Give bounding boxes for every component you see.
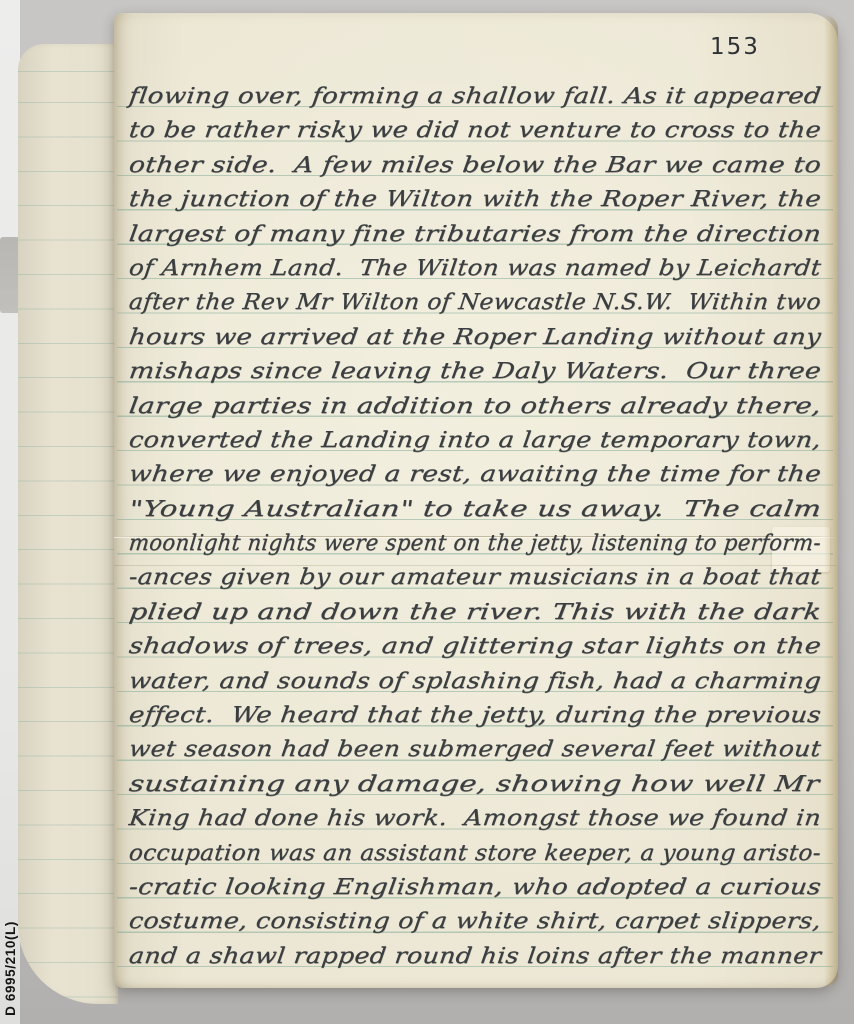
- handwritten-line: water, and sounds of splashing fish, had…: [127, 665, 823, 699]
- page-number: 153: [710, 34, 760, 60]
- handwritten-line: after the Rev Mr Wilton of Newcastle N.S…: [127, 286, 823, 320]
- scan-background-strip: [0, 0, 20, 1024]
- handwritten-line: costume, consisting of a white shirt, ca…: [127, 905, 823, 939]
- handwritten-line: largest of many fine tributaries from th…: [127, 218, 823, 252]
- handwritten-line: and a shawl rapped round his loins after…: [127, 940, 823, 974]
- previous-page-edge: [18, 44, 118, 1004]
- handwritten-line: effect. We heard that the jetty, during …: [127, 699, 823, 733]
- archive-label: D 6995/210(L): [3, 921, 18, 1016]
- handwritten-line: wet season had been submerged several fe…: [127, 733, 823, 767]
- handwritten-line: -cratic looking Englishman, who adopted …: [127, 871, 823, 905]
- notebook-page: 153 flowing over, forming a shallow fall…: [114, 13, 838, 988]
- handwritten-line: -ances given by our amateur musicians in…: [127, 561, 823, 595]
- handwritten-line: shadows of trees, and glittering star li…: [127, 630, 823, 664]
- handwritten-line: large parties in addition to others alre…: [127, 390, 824, 424]
- handwritten-line: King had done his work. Amongst those we…: [127, 802, 823, 836]
- handwritten-line: converted the Landing into a large tempo…: [127, 424, 823, 458]
- handwritten-line: sustaining any damage, showing how well …: [127, 768, 822, 802]
- handwritten-line: occupation was an assistant store keeper…: [127, 837, 823, 871]
- handwritten-line: flowing over, forming a shallow fall. As…: [127, 80, 823, 114]
- handwritten-line: moonlight nights were spent on the jetty…: [127, 527, 822, 561]
- handwritten-line: of Arnhem Land. The Wilton was named by …: [127, 252, 823, 286]
- handwritten-line: to be rather risky we did not venture to…: [127, 114, 823, 148]
- handwritten-line: plied up and down the river. This with t…: [127, 596, 824, 630]
- handwritten-line: mishaps since leaving the Daly Waters. O…: [127, 355, 823, 389]
- handwritten-line: other side. A few miles below the Bar we…: [127, 149, 823, 183]
- handwritten-line: the junction of the Wilton with the Rope…: [127, 183, 823, 217]
- handwritten-line: "Young Australian" to take us away. The …: [127, 493, 824, 527]
- handwriting-block: flowing over, forming a shallow fall. As…: [128, 80, 828, 974]
- handwritten-line: where we enjoyed a rest, awaiting the ti…: [127, 458, 823, 492]
- page-stack-edge: [824, 15, 838, 986]
- handwritten-line: hours we arrived at the Roper Landing wi…: [127, 321, 823, 355]
